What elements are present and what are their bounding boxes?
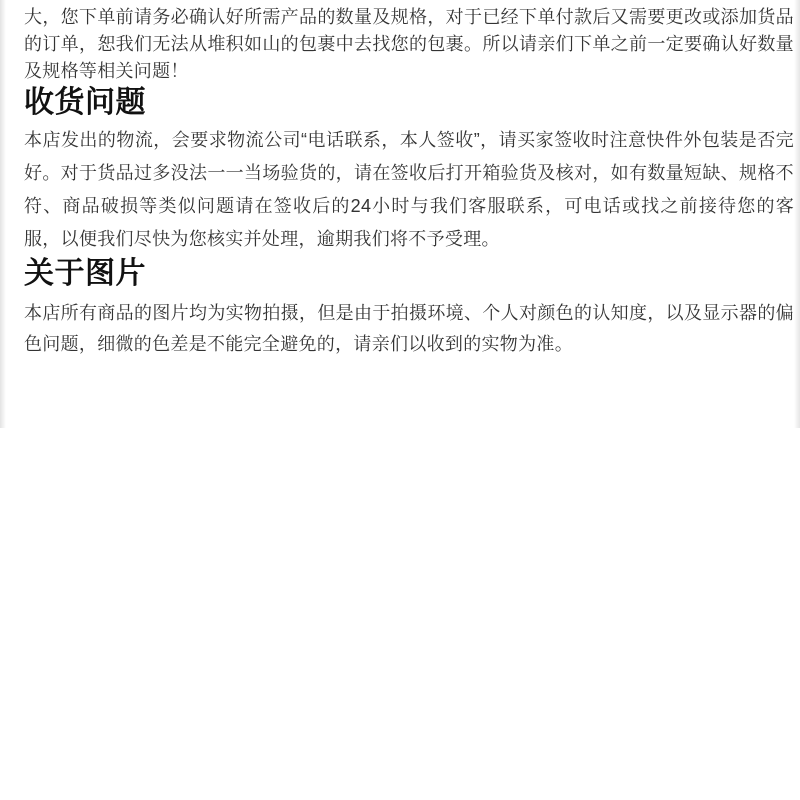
description-content: 大，您下单前请务必确认好所需产品的数量及规格，对于已经下单付款后又需要更改或添加… <box>0 0 800 360</box>
product-description-page: 大，您下单前请务必确认好所需产品的数量及规格，对于已经下单付款后又需要更改或添加… <box>0 0 800 800</box>
section-receiving: 收货问题 本店发出的物流，会要求物流公司“电话联系，本人签收”，请买家签收时注意… <box>24 85 794 256</box>
intro-paragraph: 大，您下单前请务必确认好所需产品的数量及规格，对于已经下单付款后又需要更改或添加… <box>24 0 794 85</box>
section-heading-receiving: 收货问题 <box>24 85 794 121</box>
section-body-images: 本店所有商品的图片均为实物拍摄，但是由于拍摄环境、个人对颜色的认知度，以及显示器… <box>24 298 794 360</box>
section-heading-images: 关于图片 <box>24 256 794 292</box>
section-images: 关于图片 本店所有商品的图片均为实物拍摄，但是由于拍摄环境、个人对颜色的认知度，… <box>24 256 794 360</box>
section-body-receiving: 本店发出的物流，会要求物流公司“电话联系，本人签收”，请买家签收时注意快件外包装… <box>24 124 794 256</box>
